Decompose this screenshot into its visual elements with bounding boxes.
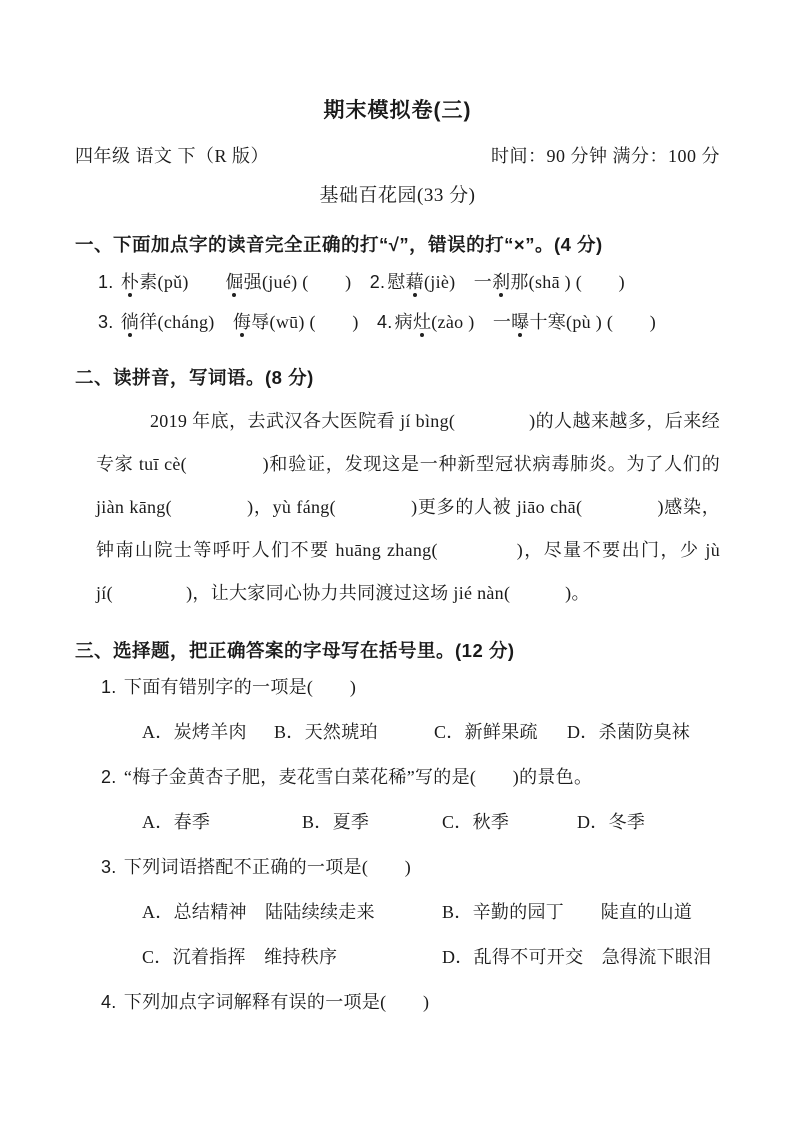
q3-option-c: C．沉着指挥 维持秩序	[142, 935, 442, 980]
q3-option-d: D．乱得不可开交 急得流下眼泪	[442, 935, 720, 980]
text-run: 十寒(pù ) ( )	[529, 312, 656, 332]
section1-line-1: 1. 朴素(pǔ) 倔强(jué) ( ) 2.慰藉(jiè) 一刹那(shā …	[75, 262, 720, 302]
item-number: 1.	[98, 272, 119, 292]
q3-options-row-1: A．总结精神 陆陆续续走来 B．辛勤的园丁 陡直的山道	[75, 890, 720, 935]
text-run: 那(shā ) ( )	[510, 272, 625, 292]
section2-paragraph: 2019 年底，去武汉各大医院看 jí bìng( )的人越来越多，后来经专家 …	[75, 400, 720, 615]
q2-option-d: D．冬季	[577, 800, 720, 845]
q1-option-c: C．新鲜果疏	[434, 710, 567, 755]
text-run: 徉(cháng)	[139, 312, 233, 332]
dotted-char: 侮	[233, 312, 251, 332]
text-run: 慰	[387, 272, 405, 292]
q2-text: “梅子金黄杏子肥，麦花雪白菜花稀”写的是( )的景色。	[124, 767, 592, 787]
q2-options: A．春季 B．夏季 C．秋季 D．冬季	[75, 800, 720, 845]
meta-grade-subject: 四年级 语文 下（R 版）	[75, 143, 269, 169]
q1-stem: 1. 下面有错别字的一项是( )	[75, 665, 720, 710]
q1-options: A．炭烤羊肉 B．天然琥珀 C．新鲜果疏 D．杀菌防臭袜	[75, 710, 720, 755]
section1-heading: 一、下面加点字的读音完全正确的打“√”，错误的打“×”。(4 分)	[75, 230, 720, 259]
q3-option-b: B．辛勤的园丁 陡直的山道	[442, 890, 720, 935]
text-run: 强(jué) ( )	[244, 272, 370, 292]
dotted-char: 藉	[406, 272, 424, 292]
text-run: (zào ) 一	[431, 312, 511, 332]
dotted-char: 灶	[413, 312, 431, 332]
section1-line-2: 3. 徜徉(cháng) 侮辱(wū) ( ) 4.病灶(zào ) 一曝十寒(…	[75, 302, 720, 342]
q2-stem: 2. “梅子金黄杏子肥，麦花雪白菜花稀”写的是( )的景色。	[75, 755, 720, 800]
q1-option-a: A．炭烤羊肉	[142, 710, 274, 755]
text-run: 素(pǔ)	[139, 272, 225, 292]
q3-stem: 3. 下列词语搭配不正确的一项是( )	[75, 845, 720, 890]
q2-option-b: B．夏季	[302, 800, 442, 845]
q2-number: 2.	[101, 767, 122, 787]
q1-option-d: D．杀菌防臭袜	[567, 710, 720, 755]
page-title: 期末模拟卷(三)	[75, 97, 720, 125]
dotted-char: 倔	[225, 272, 243, 292]
item-number: 2.	[370, 272, 386, 292]
meta-time-score: 时间：90 分钟 满分：100 分	[491, 143, 720, 169]
dotted-char: 刹	[492, 272, 510, 292]
q1-number: 1.	[101, 677, 122, 697]
q2-option-c: C．秋季	[442, 800, 577, 845]
q1-option-b: B．天然琥珀	[274, 710, 434, 755]
section1-items: 1. 朴素(pǔ) 倔强(jué) ( ) 2.慰藉(jiè) 一刹那(shā …	[75, 262, 720, 342]
text-run: 病	[395, 312, 413, 332]
section-banner: 基础百花园(33 分)	[75, 183, 720, 209]
meta-row: 四年级 语文 下（R 版） 时间：90 分钟 满分：100 分	[75, 143, 720, 169]
q4-number: 4.	[101, 992, 122, 1012]
q3-option-a: A．总结精神 陆陆续续走来	[142, 890, 442, 935]
q2-option-a: A．春季	[142, 800, 302, 845]
dotted-char: 朴	[121, 272, 139, 292]
q3-options-row-2: C．沉着指挥 维持秩序 D．乱得不可开交 急得流下眼泪	[75, 935, 720, 980]
section3-heading: 三、选择题，把正确答案的字母写在括号里。(12 分)	[75, 636, 720, 665]
q1-text: 下面有错别字的一项是( )	[124, 677, 356, 697]
item-number: 3.	[98, 312, 119, 332]
q3-number: 3.	[101, 857, 122, 877]
dotted-char: 徜	[121, 312, 139, 332]
text-run: 辱(wū) ( )	[251, 312, 377, 332]
item-number: 4.	[377, 312, 393, 332]
dotted-char: 曝	[511, 312, 529, 332]
q4-stem: 4. 下列加点字词解释有误的一项是( )	[75, 980, 720, 1025]
exam-page: 期末模拟卷(三) 四年级 语文 下（R 版） 时间：90 分钟 满分：100 分…	[0, 0, 793, 1122]
q3-text: 下列词语搭配不正确的一项是( )	[124, 857, 411, 877]
section2-heading: 二、读拼音，写词语。(8 分)	[75, 363, 720, 392]
text-run: (jiè) 一	[424, 272, 492, 292]
q4-text: 下列加点字词解释有误的一项是( )	[124, 992, 429, 1012]
